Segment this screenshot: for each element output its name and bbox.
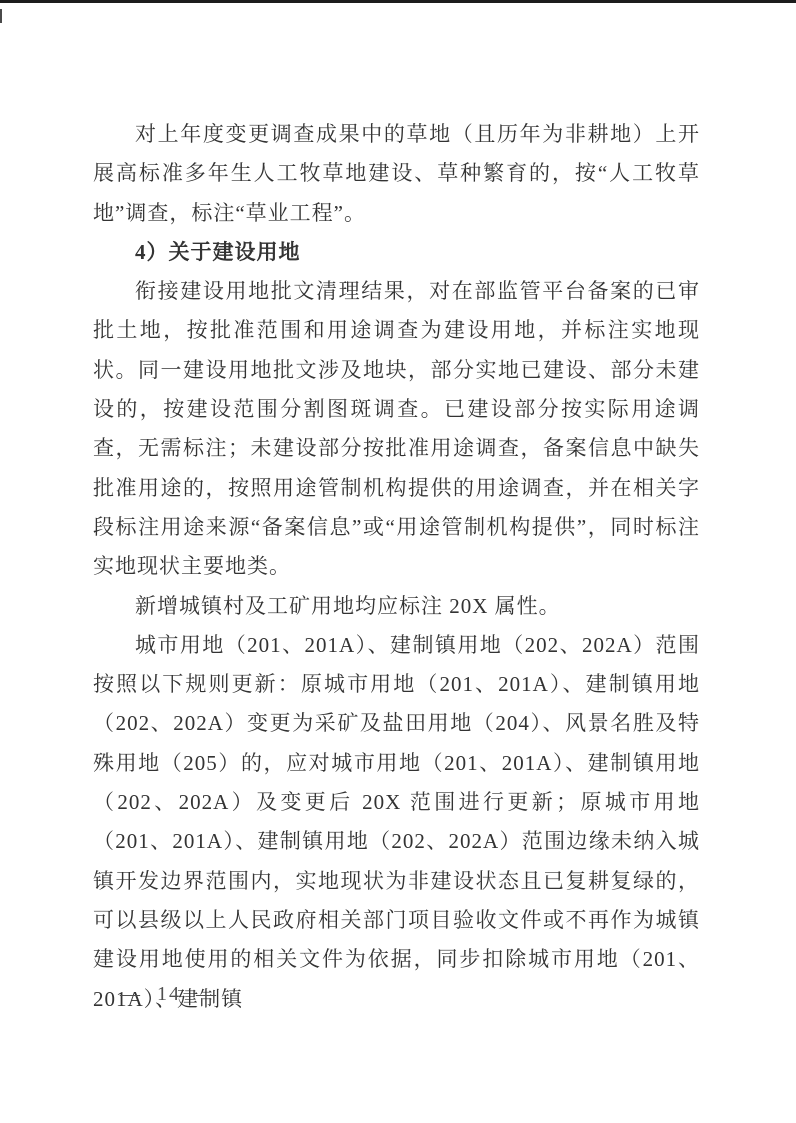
page-number: — 14 — [120, 981, 218, 1007]
paragraph-20x-attribute: 新增城镇村及工矿用地均应标注 20X 属性。 [93, 587, 700, 626]
scan-top-edge-artifact [0, 0, 796, 3]
paragraph-urban-land-update-rules: 城市用地（201、201A）、建制镇用地（202、202A）范围按照以下规则更新… [93, 626, 700, 1019]
scan-left-edge-artifact [0, 9, 2, 23]
document-page: 对上年度变更调查成果中的草地（且历年为非耕地）上开展高标准多年生人工牧草地建设、… [0, 0, 796, 1123]
section-heading-construction-land: 4）关于建设用地 [93, 233, 700, 272]
document-text-block: 对上年度变更调查成果中的草地（且历年为非耕地）上开展高标准多年生人工牧草地建设、… [93, 115, 700, 1019]
paragraph-approved-land-survey: 衔接建设用地批文清理结果，对在部监管平台备案的已审批土地，按批准范围和用途调查为… [93, 272, 700, 586]
paragraph-grassland: 对上年度变更调查成果中的草地（且历年为非耕地）上开展高标准多年生人工牧草地建设、… [93, 115, 700, 233]
